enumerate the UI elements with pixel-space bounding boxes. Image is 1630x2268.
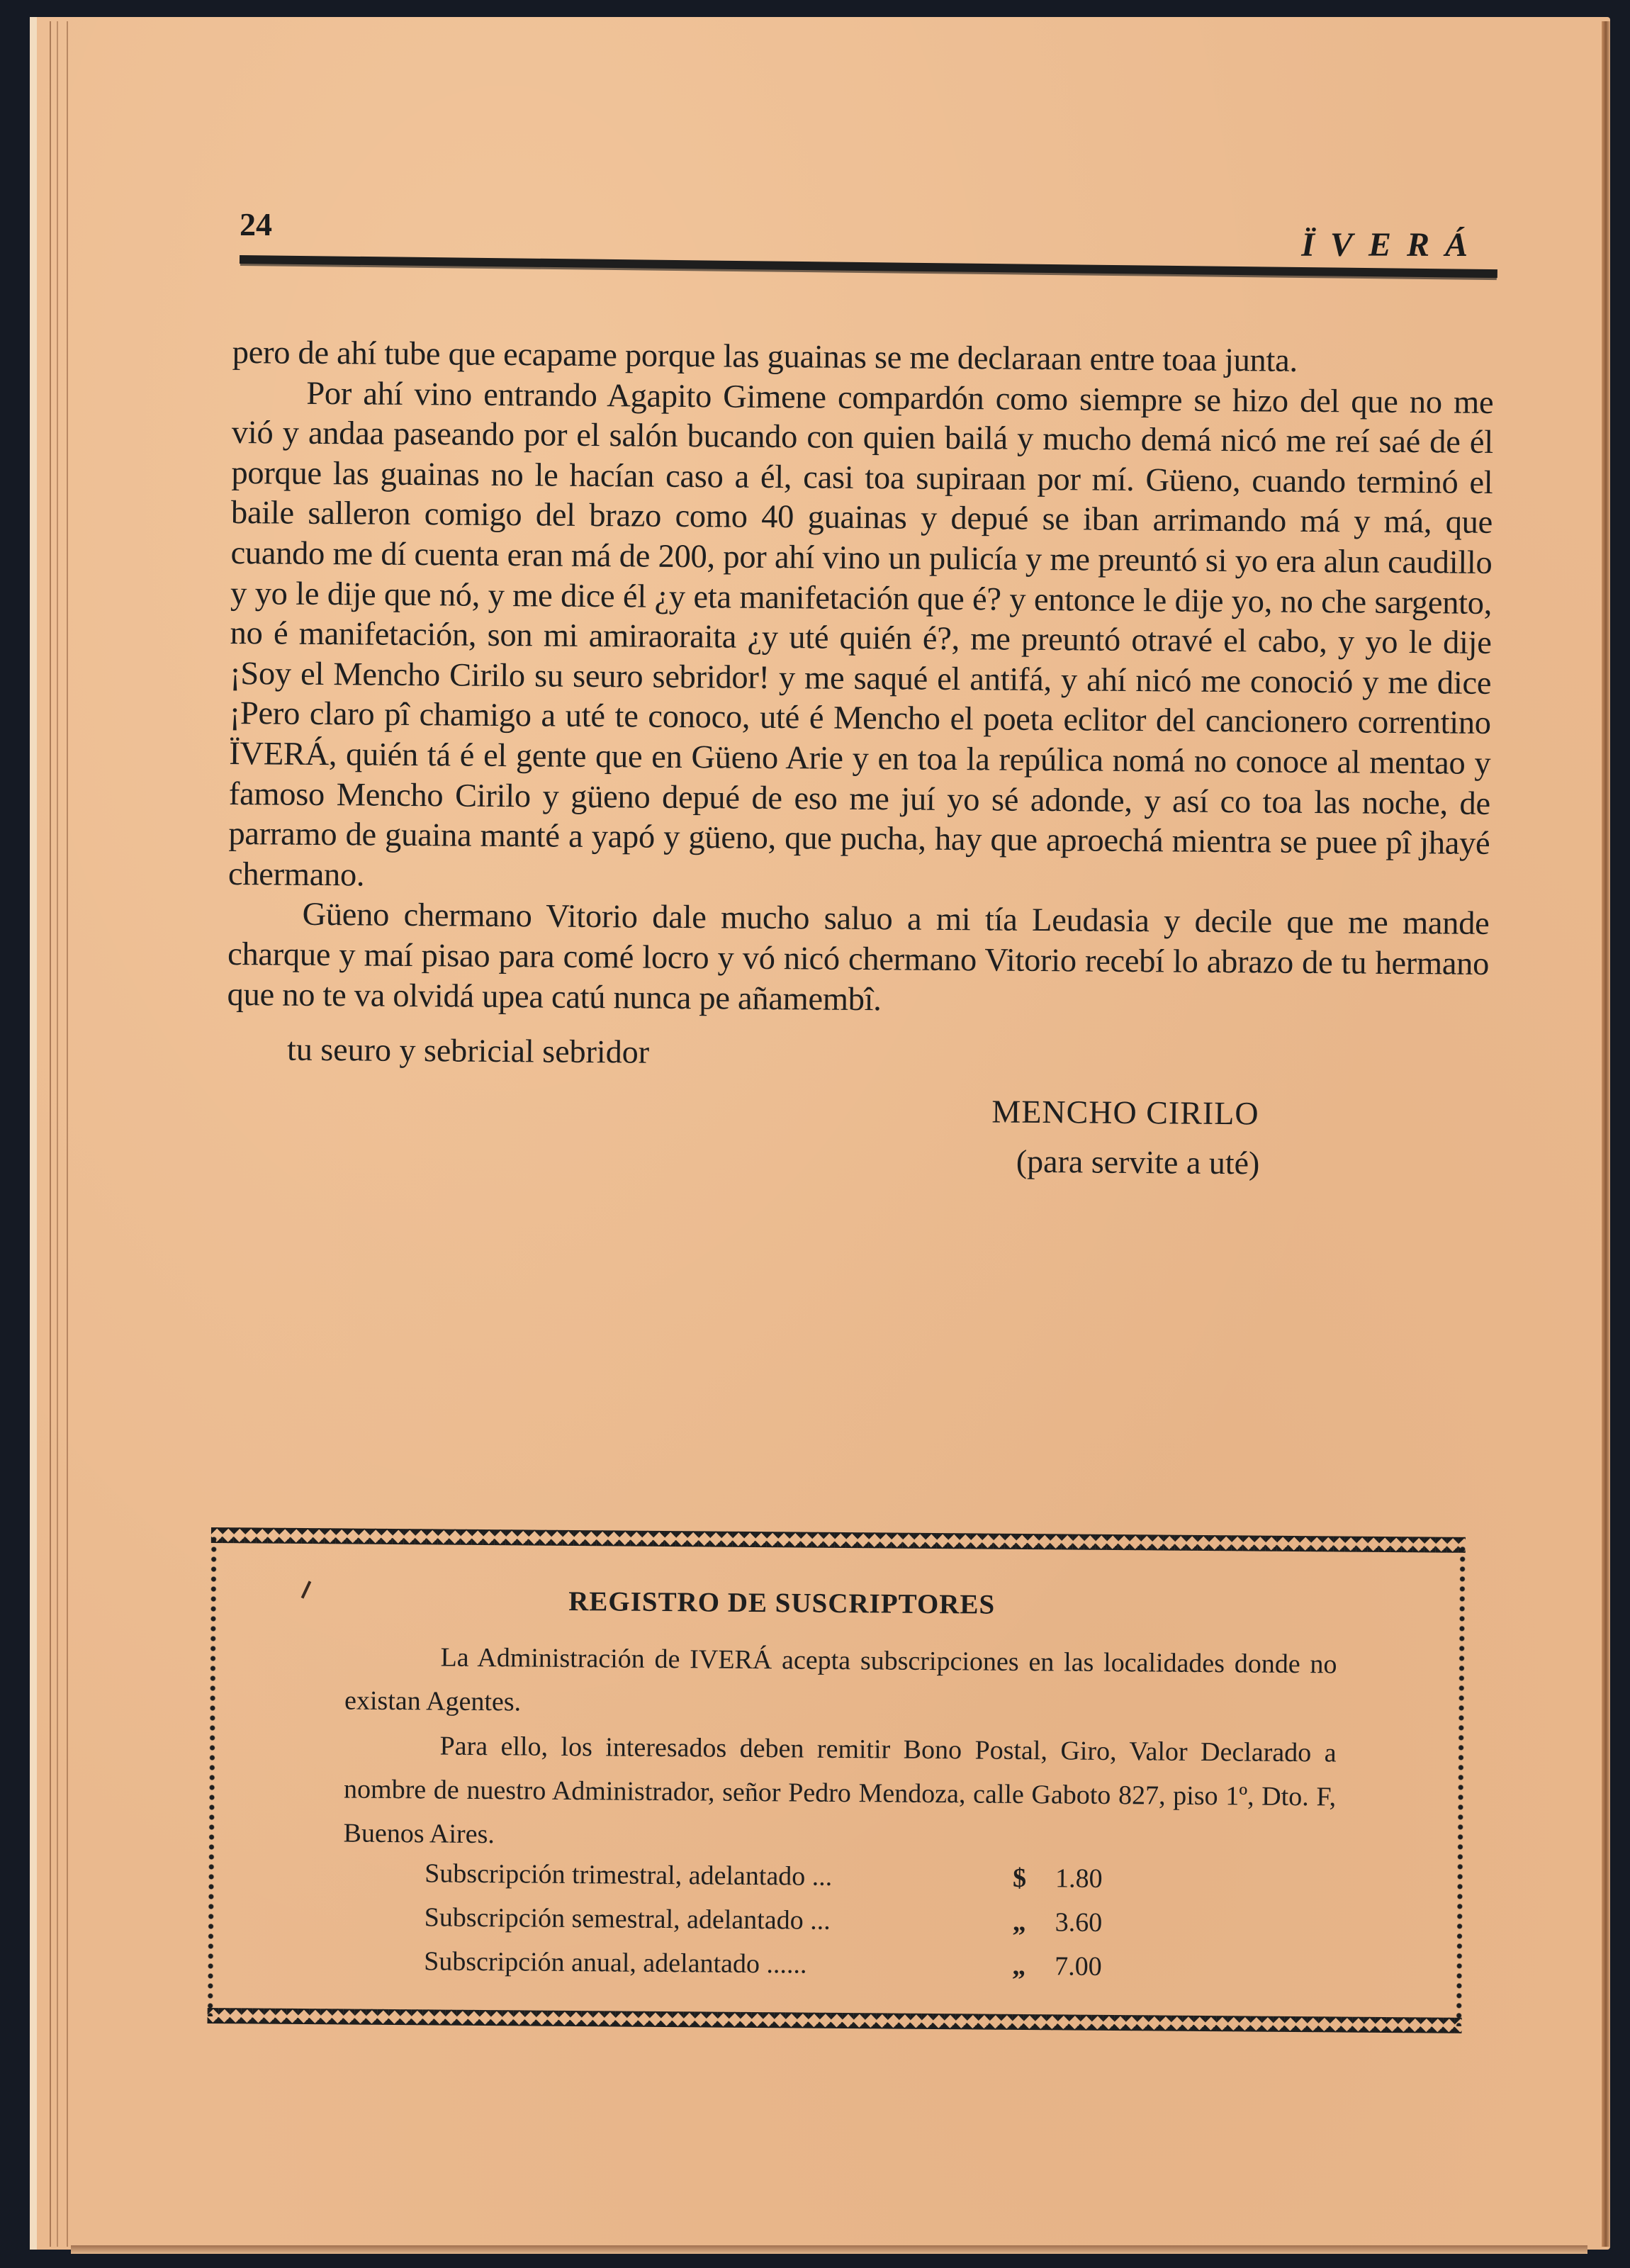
gutter-fold bbox=[1602, 21, 1610, 2247]
running-title: ÏVERÁ bbox=[1301, 225, 1483, 264]
price-row: Subscripción semestral, adelantado ... „… bbox=[424, 1895, 1132, 1945]
price-currency: „ bbox=[1012, 1944, 1055, 1988]
signature: MENCHO CIRILO bbox=[991, 1092, 1259, 1135]
notice-paragraph: La Administración de IVERÁ acepta subscr… bbox=[344, 1634, 1337, 1730]
price-value: 1.80 bbox=[1055, 1856, 1133, 1901]
paragraph: Por ahí vino entrando Agapito Gimene com… bbox=[228, 374, 1494, 905]
price-label: Subscripción trimestral, adelantado ... bbox=[425, 1851, 1013, 1900]
page-header: 24 ÏVERÁ bbox=[240, 206, 1497, 298]
price-row: Subscripción anual, adelantado ...... „ … bbox=[424, 1939, 1132, 1989]
price-currency: $ bbox=[1013, 1856, 1055, 1900]
letter-body: pero de ahí tube que ecapame porque las … bbox=[225, 333, 1493, 1202]
price-currency: „ bbox=[1012, 1900, 1055, 1944]
page-edge bbox=[30, 17, 37, 2250]
page-bottom-edge bbox=[71, 2245, 1587, 2254]
notice-title: REGISTRO DE SUSCRIPTORES bbox=[568, 1580, 995, 1627]
notice-paragraph: Para ello, los interesados deben remitir… bbox=[343, 1723, 1336, 1863]
price-list: Subscripción trimestral, adelantado ... … bbox=[424, 1851, 1133, 1989]
page-number: 24 bbox=[240, 206, 272, 243]
notice-content: REGISTRO DE SUSCRIPTORES La Administraci… bbox=[208, 1527, 1466, 2033]
price-label: Subscripción anual, adelantado ...... bbox=[424, 1939, 1012, 1988]
price-label: Subscripción semestral, adelantado ... bbox=[424, 1895, 1012, 1944]
letter-closing: tu seuro y sebricial sebridor MENCHO CIR… bbox=[225, 1029, 1488, 1202]
signature-note: (para servite a uté) bbox=[1016, 1142, 1260, 1184]
price-value: 7.00 bbox=[1055, 1944, 1132, 1989]
page-stack-edges bbox=[50, 21, 68, 2247]
subscription-notice-box: REGISTRO DE SUSCRIPTORES La Administraci… bbox=[208, 1527, 1466, 2033]
price-value: 3.60 bbox=[1055, 1900, 1132, 1945]
closing-line: tu seuro y sebricial sebridor bbox=[287, 1030, 649, 1073]
paragraph: Güeno chermano Vitorio dale mucho saluo … bbox=[227, 894, 1489, 1025]
price-row: Subscripción trimestral, adelantado ... … bbox=[425, 1851, 1133, 1901]
